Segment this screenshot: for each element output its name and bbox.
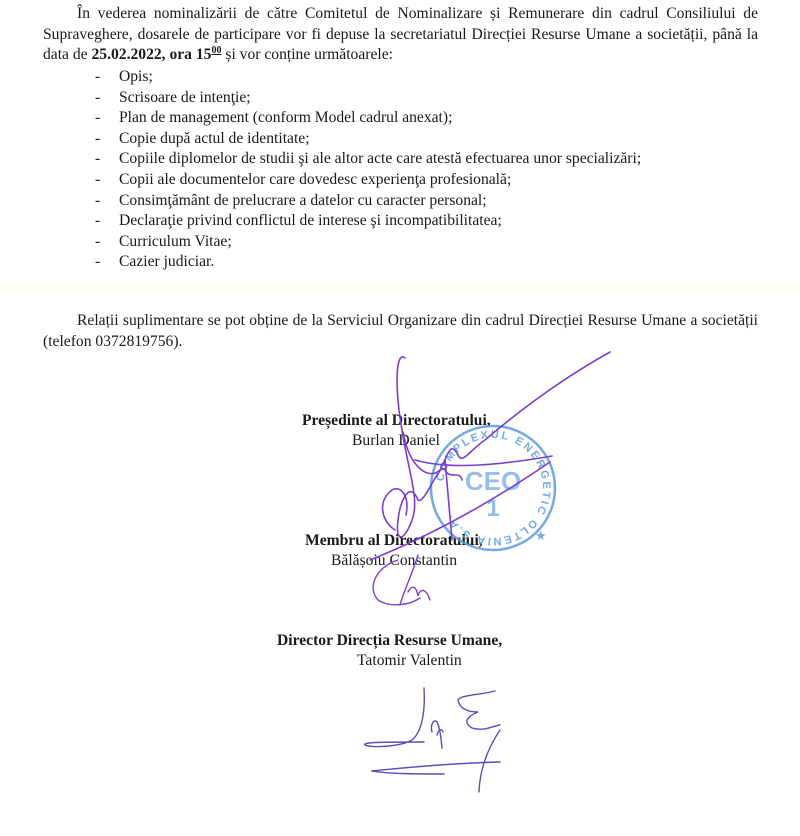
requirement-item: -Curriculum Vitae; [95,232,641,253]
signatory-role: Director Direcția Resurse Umane, [277,631,502,651]
requirement-text: Opis; [119,68,153,85]
signatory-member: Membru al Directoratului, Bălășoiu Const… [305,531,483,571]
requirement-text: Declaraţie privind conflictul de interes… [119,212,502,229]
signature-president-icon [370,352,610,560]
requirement-text: Consimţământ de prelucrare a datelor cu … [119,192,487,209]
svg-text:CEO: CEO [465,466,521,496]
requirements-list: -Opis;-Scrisoare de intenţie;-Plan de ma… [95,67,641,273]
signatory-name: Bălășoiu Constantin [305,551,483,571]
bullet-dash: - [95,191,100,212]
bullet-dash: - [95,252,100,273]
signatory-name: Burlan Daniel [302,431,491,451]
requirement-text: Scrisoare de intenţie; [119,89,251,106]
requirement-text: Copie după actul de identitate; [119,130,310,147]
contact-text: Relații suplimentare se pot obține de la… [43,312,758,350]
requirement-item: -Scrisoare de intenţie; [95,88,641,109]
bullet-dash: - [95,170,100,191]
deadline-date: 25.02.2022 [92,46,162,63]
svg-text:1: 1 [486,495,499,522]
bullet-dash: - [95,211,100,232]
bullet-dash: - [95,67,100,88]
requirement-text: Copii ale documentelor care dovedesc exp… [119,171,511,188]
bullet-dash: - [95,108,100,129]
signatory-role: Membru al Directoratului, [305,531,483,551]
signatory-president: Președinte al Directoratului, Burlan Dan… [302,411,491,451]
contact-paragraph: Relații suplimentare se pot obține de la… [43,311,758,352]
requirement-item: -Copii ale documentelor care dovedesc ex… [95,170,641,191]
requirement-item: -Declaraţie privind conflictul de intere… [95,211,641,232]
deadline-hour: ora 15 [169,46,211,63]
intro-paragraph: În vederea nominalizării de către Comite… [43,4,758,66]
requirement-item: -Plan de management (conform Model cadru… [95,108,641,129]
scan-artifact-band [0,283,800,293]
requirement-text: Curriculum Vitae; [119,233,232,250]
signature-hr-director-icon [365,688,500,792]
signatory-role: Președinte al Directoratului, [302,411,491,431]
bullet-dash: - [95,88,100,109]
requirement-item: -Opis; [95,67,641,88]
signatory-name: Tatomir Valentin [277,651,502,671]
requirement-item: -Cazier judiciar. [95,252,641,273]
bullet-dash: - [95,149,100,170]
intro-text-end: și vor conține următoarele: [221,46,392,63]
requirement-text: Cazier judiciar. [119,253,214,270]
bullet-dash: - [95,129,100,150]
requirement-text: Copiile diplomelor de studii şi ale alto… [119,150,641,167]
requirement-item: -Consimţământ de prelucrare a datelor cu… [95,191,641,212]
requirement-text: Plan de management (conform Model cadrul… [119,109,452,126]
signatory-hr-director: Director Direcția Resurse Umane, Tatomir… [277,631,502,671]
requirement-item: -Copie după actul de identitate; [95,129,641,150]
requirement-item: -Copiile diplomelor de studii şi ale alt… [95,149,641,170]
bullet-dash: - [95,232,100,253]
deadline-hour-minutes: 00 [211,45,221,56]
svg-text:★: ★ [535,529,547,544]
